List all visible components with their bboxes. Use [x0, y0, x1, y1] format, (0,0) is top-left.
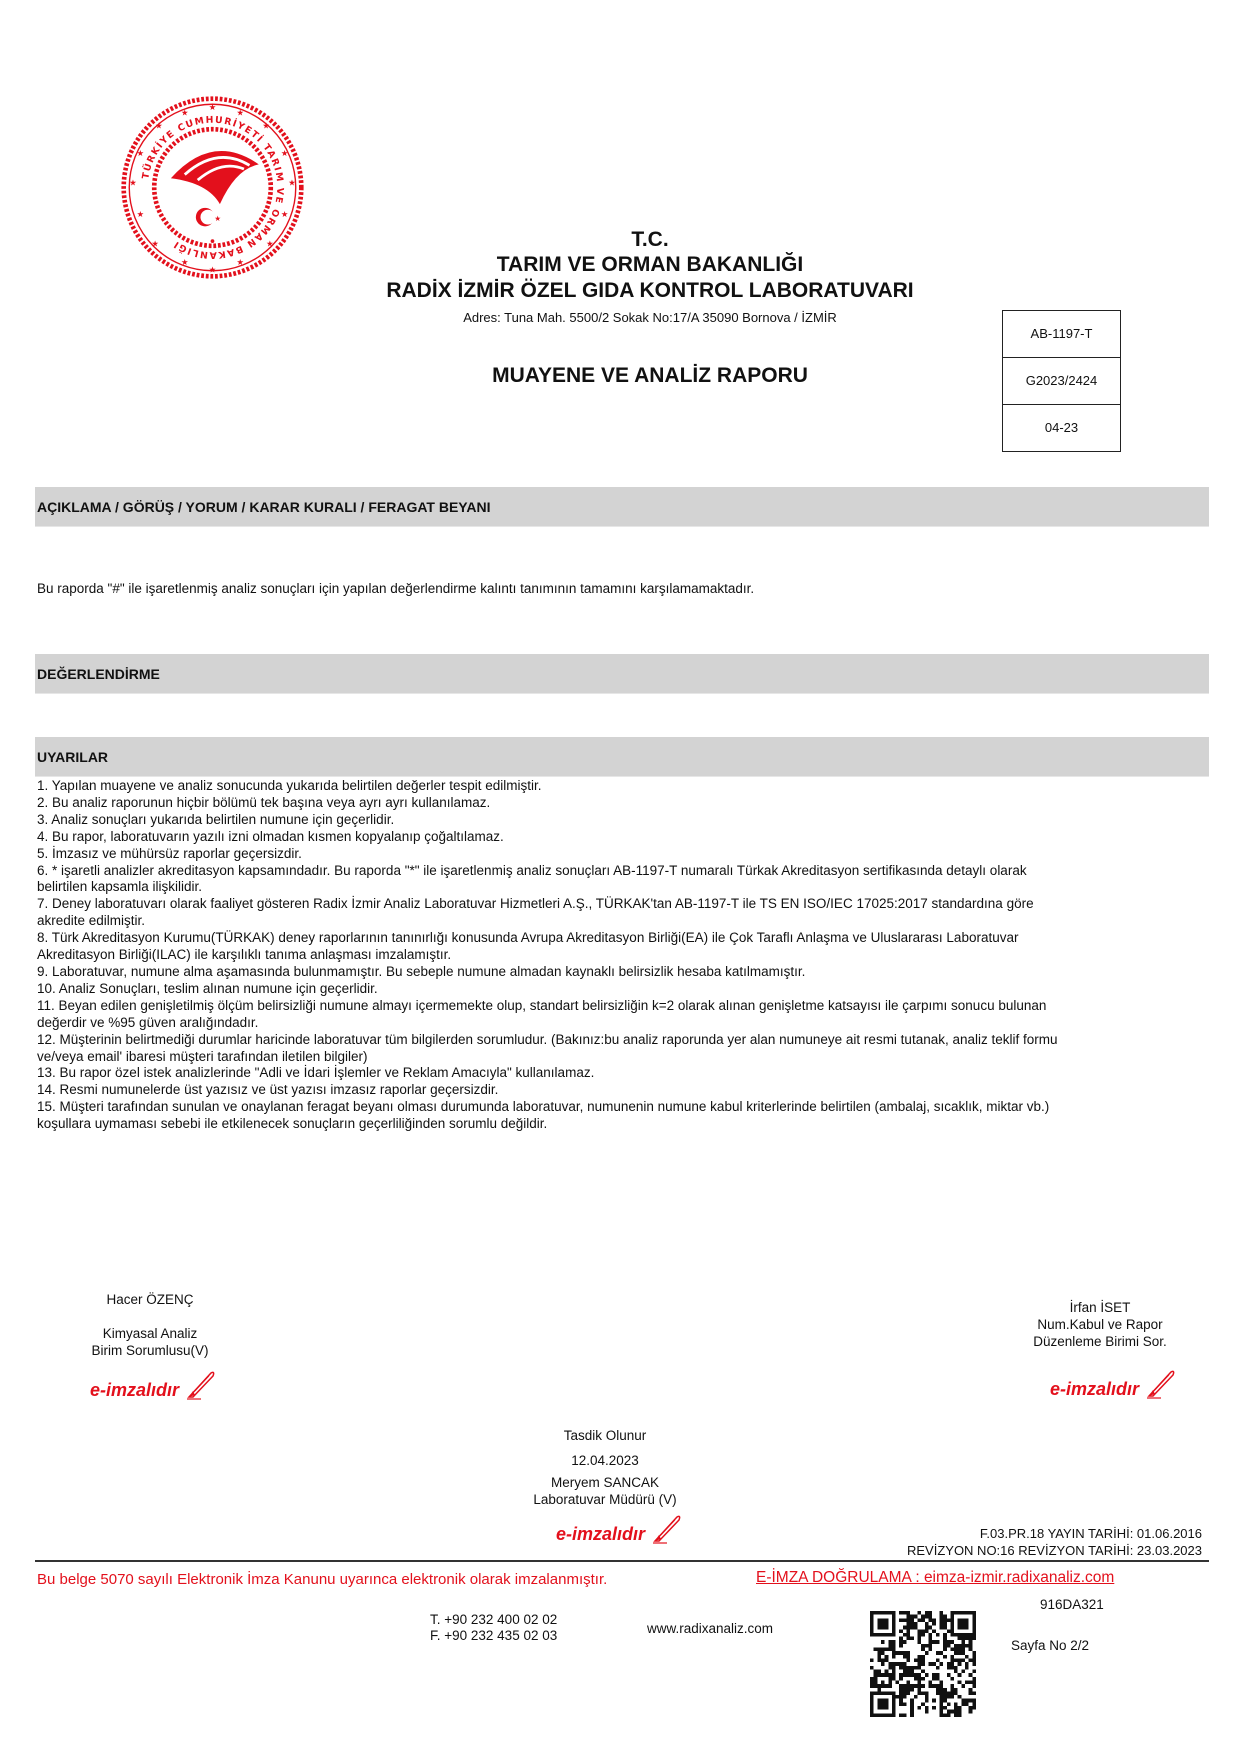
e-signature-badge: e-imzalıdır: [556, 1511, 683, 1545]
warning-line: 4. Bu rapor, laboratuvarın yazılı izni o…: [37, 829, 1207, 846]
warning-line: 9. Laboratuvar, numune alma aşamasında b…: [37, 964, 1207, 981]
svg-text:★: ★: [129, 178, 136, 188]
website-link[interactable]: www.radixanaliz.com: [647, 1621, 773, 1636]
svg-text:★: ★: [209, 102, 216, 112]
lab-name: RADİX İZMİR ÖZEL GIDA KONTROL LABORATUVA…: [0, 279, 1240, 303]
header-tc: T.C.: [0, 228, 1240, 252]
warning-line: 14. Resmi numunelerde üst yazısız ve üst…: [37, 1082, 1207, 1099]
report-number: G2023/2424: [1003, 358, 1120, 405]
svg-text:★: ★: [181, 107, 188, 117]
warning-line: belirtilen kapsamla ilişkilidir.: [37, 879, 1207, 896]
accreditation-code: AB-1197-T: [1003, 311, 1120, 358]
signature-block-left: Hacer ÖZENÇ Kimyasal Analiz Birim Soruml…: [60, 1291, 240, 1359]
page-number: Sayfa No 2/2: [1011, 1638, 1089, 1653]
warning-line: 11. Beyan edilen genişletilmiş ölçüm bel…: [37, 998, 1207, 1015]
svg-text:★: ★: [262, 120, 269, 130]
approval-text: Tasdik Olunur: [490, 1427, 720, 1444]
section-header-aciklama: AÇIKLAMA / GÖRÜŞ / YORUM / KARAR KURALI …: [35, 487, 1209, 527]
warning-line: ve/veya email' ibaresi müşteri tarafında…: [37, 1049, 1207, 1066]
approval-date: 12.04.2023: [490, 1452, 720, 1469]
warning-line: 6. * işaretli analizler akreditasyon kap…: [37, 863, 1207, 880]
footer-divider: [35, 1560, 1209, 1562]
e-signature-verify-link[interactable]: E-İMZA DOĞRULAMA : eimza-izmir.radixanal…: [756, 1569, 1114, 1587]
pen-nib-icon: [1143, 1366, 1177, 1400]
signer-name: Meryem SANCAK: [490, 1474, 720, 1491]
ministry-name: TARIM VE ORMAN BAKANLIĞI: [0, 253, 1240, 277]
report-code-box: AB-1197-T G2023/2424 04-23: [1002, 310, 1121, 452]
pen-nib-icon: [649, 1511, 683, 1545]
section-header-uyarilar: UYARILAR: [35, 737, 1209, 777]
form-publish-date: F.03.PR.18 YAYIN TARİHİ: 01.06.2016: [880, 1525, 1202, 1542]
signature-block-center: Tasdik Olunur 12.04.2023 Meryem SANCAK L…: [490, 1427, 720, 1508]
signer-title: Kimyasal Analiz: [60, 1325, 240, 1342]
svg-text:★: ★: [155, 120, 162, 130]
signer-title: Laboratuvar Müdürü (V): [490, 1491, 720, 1508]
warning-line: değerdir ve %95 güven aralığındadır.: [37, 1015, 1207, 1032]
warning-line: 12. Müşterinin belirtmediği durumlar har…: [37, 1032, 1207, 1049]
section-header-degerlendirme: DEĞERLENDİRME: [35, 654, 1209, 694]
warning-line: 15. Müşteri tarafından sunulan ve onayla…: [37, 1099, 1207, 1116]
svg-text:★: ★: [137, 148, 144, 158]
signature-block-right: İrfan İSET Num.Kabul ve Rapor Düzenleme …: [1005, 1299, 1195, 1350]
signer-name: Hacer ÖZENÇ: [60, 1291, 240, 1308]
svg-text:★: ★: [281, 209, 288, 219]
signer-title: Num.Kabul ve Rapor: [1005, 1316, 1195, 1333]
verification-code: 916DA321: [1040, 1597, 1104, 1612]
svg-text:★: ★: [214, 214, 221, 223]
signer-name: İrfan İSET: [1005, 1299, 1195, 1316]
warning-line: 10. Analiz Sonuçları, teslim alınan numu…: [37, 981, 1207, 998]
warning-line: 13. Bu rapor özel istek analizlerinde "A…: [37, 1065, 1207, 1082]
pen-nib-icon: [183, 1367, 217, 1401]
e-signature-law-notice: Bu belge 5070 sayılı Elektronik İmza Kan…: [37, 1571, 607, 1588]
report-period: 04-23: [1003, 405, 1120, 451]
warnings-list: 1. Yapılan muayene ve analiz sonucunda y…: [37, 778, 1207, 1133]
contact-phones: T. +90 232 400 02 02 F. +90 232 435 02 0…: [430, 1612, 557, 1644]
warning-line: 3. Analiz sonuçları yukarıda belirtilen …: [37, 812, 1207, 829]
svg-text:★: ★: [237, 107, 244, 117]
fax-number: F. +90 232 435 02 03: [430, 1628, 557, 1644]
e-signature-badge: e-imzalıdır: [1050, 1366, 1177, 1400]
signer-title: Düzenleme Birimi Sor.: [1005, 1333, 1195, 1350]
warning-line: 8. Türk Akreditasyon Kurumu(TÜRKAK) dene…: [37, 930, 1207, 947]
e-signature-label: e-imzalıdır: [90, 1380, 179, 1401]
e-signature-label: e-imzalıdır: [556, 1524, 645, 1545]
warning-line: koşullara uymaması sebebi ile etkilenece…: [37, 1116, 1207, 1133]
warning-line: 7. Deney laboratuvarı olarak faaliyet gö…: [37, 896, 1207, 913]
e-signature-badge: e-imzalıdır: [90, 1367, 217, 1401]
svg-text:★: ★: [137, 209, 144, 219]
form-revision-info: F.03.PR.18 YAYIN TARİHİ: 01.06.2016 REVİ…: [880, 1525, 1202, 1559]
phone-number: T. +90 232 400 02 02: [430, 1612, 557, 1628]
svg-text:★: ★: [281, 148, 288, 158]
svg-text:★: ★: [288, 178, 295, 188]
warning-line: 1. Yapılan muayene ve analiz sonucunda y…: [37, 778, 1207, 795]
warning-line: akredite edilmiştir.: [37, 913, 1207, 930]
signer-title: Birim Sorumlusu(V): [60, 1342, 240, 1359]
form-revision: REVİZYON NO:16 REVİZYON TARİHİ: 23.03.20…: [880, 1542, 1202, 1559]
aciklama-text: Bu raporda "#" ile işaretlenmiş analiz s…: [37, 581, 754, 596]
warning-line: Akreditasyon Birliği(ILAC) ile karşılıkl…: [37, 947, 1207, 964]
warning-line: 2. Bu analiz raporunun hiçbir bölümü tek…: [37, 795, 1207, 812]
e-signature-label: e-imzalıdır: [1050, 1379, 1139, 1400]
warning-line: 5. İmzasız ve mühürsüz raporlar geçersiz…: [37, 846, 1207, 863]
qr-code-icon[interactable]: [870, 1611, 976, 1717]
